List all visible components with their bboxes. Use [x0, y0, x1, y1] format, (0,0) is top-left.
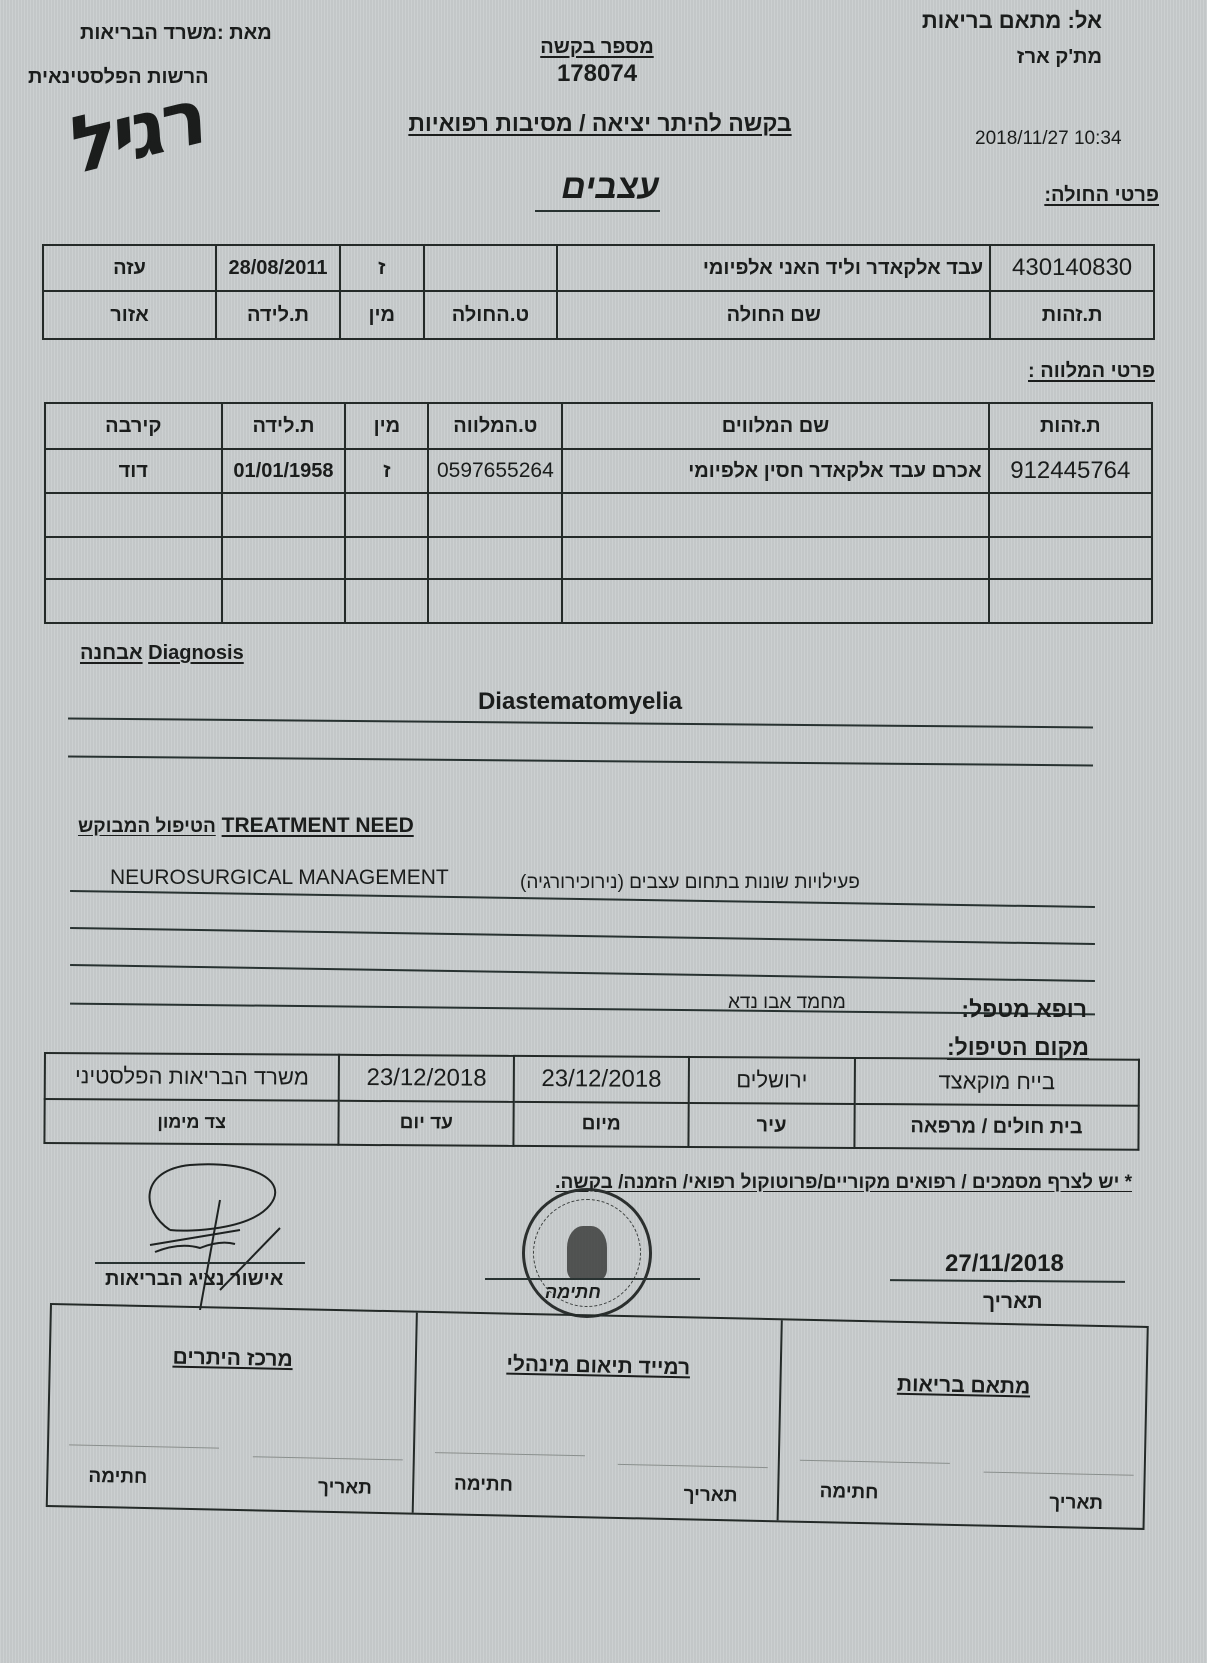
- approval-boxes: מרכז היתרים חתימה תאריך רמייד תיאום מינה…: [46, 1303, 1149, 1530]
- request-number-label: מספר בקשה: [532, 36, 662, 59]
- companion-id: 912445764: [989, 449, 1152, 493]
- companion-col-id: ת.זהות: [989, 403, 1152, 449]
- signature-date-value: 27/11/2018: [945, 1250, 1064, 1278]
- signature-label: חתימה: [454, 1474, 513, 1497]
- patient-phone-value: [424, 245, 558, 291]
- companion-section-title: פרטי המלווה :: [1028, 360, 1155, 383]
- form-title: בקשה להיתר יציאה / מסיבות רפואיות: [370, 110, 830, 137]
- approval-box-permits-center: מרכז היתרים חתימה תאריך: [48, 1305, 416, 1513]
- companion-col-birthdate: ת.לידה: [222, 403, 346, 449]
- approval-label: אישור נציג הבריאות: [105, 1268, 283, 1291]
- table-row: [45, 537, 1152, 579]
- from-label: מאת :משרד הבריאות: [80, 22, 272, 45]
- approval-box-admin-coordination: רמייד תיאום מינהלי חתימה תאריך: [411, 1313, 781, 1521]
- companion-col-phone: ט.המלווה: [428, 403, 562, 449]
- patient-phone-label: ט.החולה: [424, 291, 558, 339]
- table-row: [45, 579, 1152, 623]
- from-date-label: מיום: [514, 1102, 689, 1147]
- treatment-place-table: משרד הבריאות הפלסטיני 23/12/2018 23/12/2…: [43, 1052, 1140, 1151]
- companion-name: אכרם עבד אלקאדר חסין אלפיומי: [562, 449, 988, 493]
- table-row: [45, 493, 1152, 537]
- patient-gender-label: מין: [340, 291, 424, 339]
- companion-col-gender: מין: [345, 403, 428, 449]
- treatment-heading: הטיפול המבוקש TREATMENT NEED: [78, 814, 414, 838]
- box-title: רמייד תיאום מינהלי: [416, 1351, 780, 1383]
- from-date-value: 23/12/2018: [514, 1056, 689, 1103]
- companion-col-name: שם המלווים: [562, 403, 988, 449]
- patient-name-value: עבד אלקאדר וליד האני אלפיומי: [557, 245, 990, 291]
- patient-section-title: פרטי החולה:: [1044, 184, 1159, 207]
- date-label: תאריך: [1049, 1492, 1103, 1515]
- treatment-label-en: TREATMENT NEED: [222, 814, 414, 837]
- approval-box-health-coordinator: מתאם בריאות חתימה תאריך: [777, 1320, 1147, 1528]
- date-label: תאריך: [318, 1477, 372, 1500]
- patient-name-label: שם החולה: [557, 291, 990, 339]
- treatment-value-he: פעילויות שונות בתחום עצבים (נירוכירורגיה…: [520, 872, 860, 894]
- funder-label: צד מימון: [44, 1099, 339, 1145]
- to-label: אל: מתאם בריאות: [922, 8, 1102, 34]
- diagnosis-value: Diastematomyelia: [380, 688, 780, 716]
- companion-relation: דוד: [45, 449, 222, 493]
- date-label: תאריך: [683, 1484, 737, 1507]
- companion-birthdate: 01/01/1958: [222, 449, 346, 493]
- city-value: ירושלים: [689, 1057, 855, 1104]
- table-row: דוד 01/01/1958 ז 0597655264 אכרם עבד אלק…: [45, 449, 1152, 493]
- patient-birthdate-value: 28/08/2011: [216, 245, 340, 291]
- city-label: עיר: [688, 1103, 854, 1148]
- companion-col-relation: קירבה: [45, 403, 222, 449]
- request-number: 178074: [532, 60, 662, 88]
- doctor-label: רופא מטפל:: [961, 996, 1087, 1023]
- signature-date-label: תאריך: [983, 1290, 1043, 1314]
- urgency-stamp: רגיל: [55, 73, 209, 193]
- patient-table: עזה 28/08/2011 ז עבד אלקאדר וליד האני אל…: [42, 244, 1155, 340]
- timestamp: 2018/11/27 10:34: [975, 128, 1122, 150]
- box-title: מרכז היתרים: [51, 1343, 415, 1375]
- eagle-emblem-icon: [567, 1226, 607, 1280]
- patient-gender-value: ז: [340, 245, 424, 291]
- stamp-label: חתימה: [545, 1282, 601, 1303]
- companion-gender: ז: [345, 449, 428, 493]
- companion-phone: 0597655264: [428, 449, 562, 493]
- patient-id-label: ת.זהות: [990, 291, 1154, 339]
- attachments-note: * יש לצרף מסמכים / רפואים מקוריים/פרוטוק…: [555, 1172, 1132, 1194]
- to-date-value: 23/12/2018: [339, 1055, 514, 1102]
- diagnosis-label-en: Diagnosis: [148, 642, 244, 664]
- patient-region-value: עזה: [43, 245, 216, 291]
- hospital-value: בייח מוקאצד: [855, 1058, 1139, 1106]
- hospital-label: בית חולים / מרפאה: [854, 1104, 1138, 1150]
- signature-label: חתימה: [88, 1466, 147, 1489]
- treatment-label-he: הטיפול המבוקש: [78, 816, 216, 838]
- patient-region-label: אזור: [43, 291, 216, 339]
- patient-id-value: 430140830: [990, 245, 1154, 291]
- diagnosis-heading: אבחנה Diagnosis: [80, 642, 244, 665]
- funder-value: משרד הבריאות הפלסטיני: [45, 1053, 340, 1101]
- companion-table: קירבה ת.לידה מין ט.המלווה שם המלווים ת.ז…: [44, 402, 1153, 624]
- patient-birthdate-label: ת.לידה: [216, 291, 340, 339]
- department-title: עצבים: [540, 168, 680, 207]
- to-date-label: עד יום: [339, 1101, 514, 1146]
- to-office: מת'ק ארז: [1017, 46, 1102, 69]
- signature-label: חתימה: [819, 1481, 878, 1504]
- box-title: מתאם בריאות: [782, 1370, 1146, 1402]
- treatment-value-en: NEUROSURGICAL MANAGEMENT: [110, 866, 449, 890]
- diagnosis-label-he: אבחנה: [80, 642, 143, 665]
- doctor-name: מחמד אבו נדא: [728, 992, 846, 1014]
